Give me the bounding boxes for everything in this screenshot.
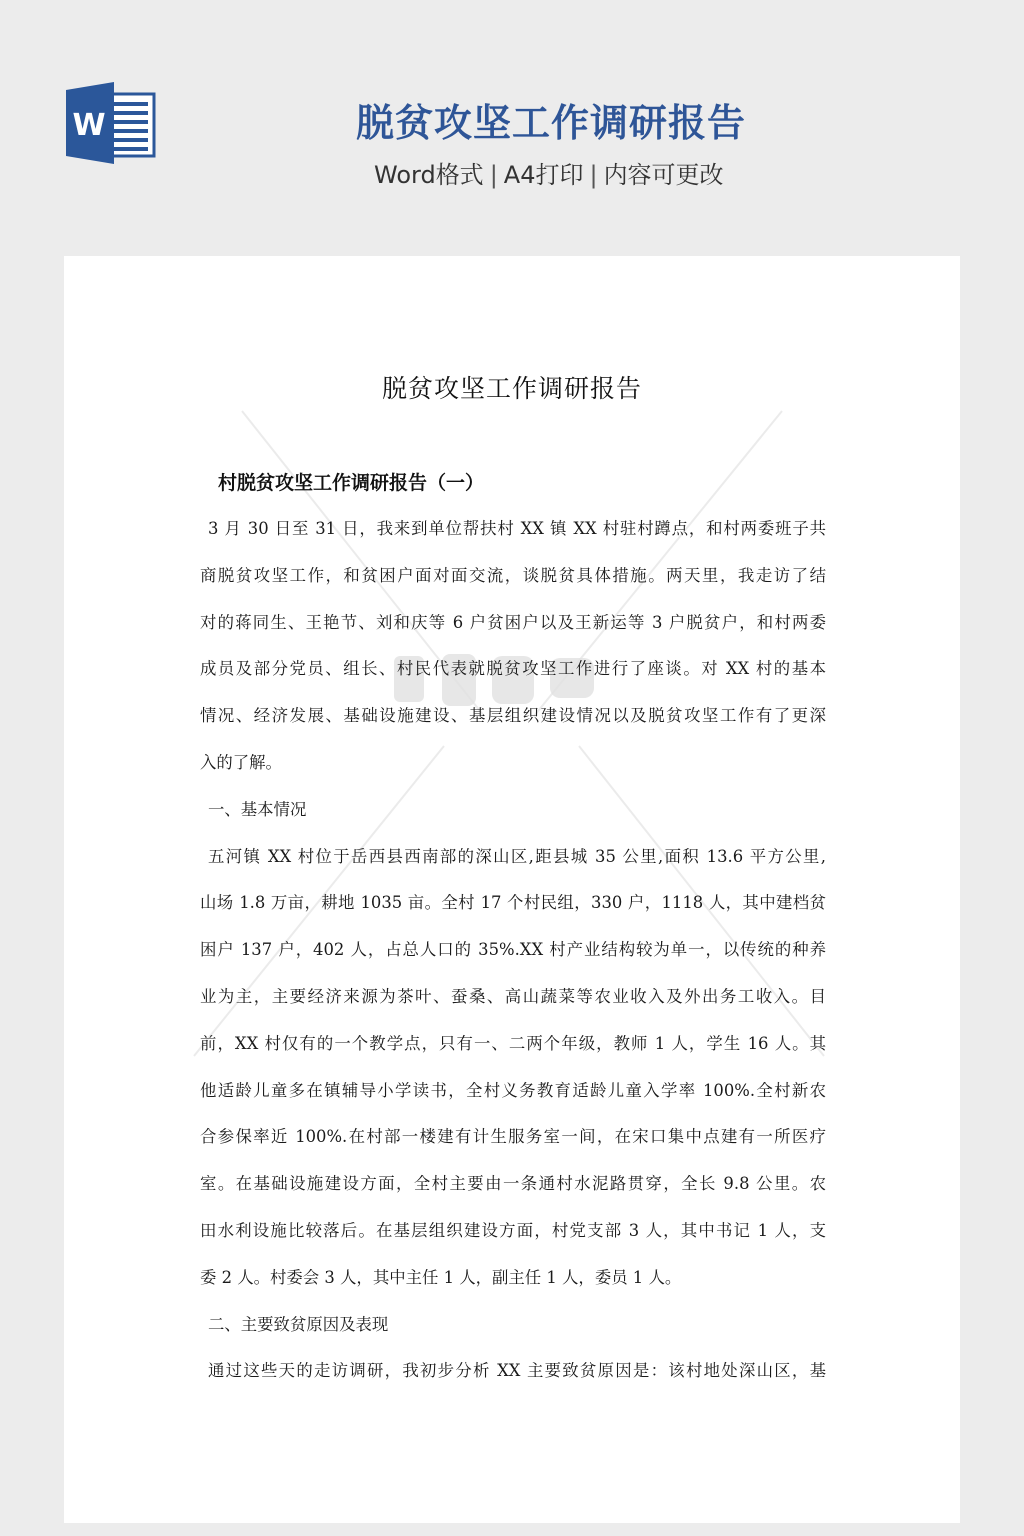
text-line: 室。在基础设施建设方面，全村主要由一条通村水泥路贯穿，全长 9.8 公里。农 (200, 1169, 826, 1216)
editable-label: 内容可更改 (604, 161, 724, 189)
text-line: 前，XX 村仅有的一个教学点，只有一、二两个年级，教师 1 人，学生 16 人。… (200, 1029, 826, 1076)
text-line: 通过这些天的走访调研，我初步分析 XX 主要致贫原因是：该村地处深山区，基 (200, 1356, 826, 1403)
text-line: 困户 137 户，402 人，占总人口的 35%.XX 村产业结构较为单一，以传… (200, 935, 826, 982)
document-page: 脱贫攻坚工作调研报告 村脱贫攻坚工作调研报告（一） 3 月 30 日至 31 日… (64, 256, 960, 1523)
section-heading: 村脱贫攻坚工作调研报告（一） (218, 468, 484, 495)
text-line: 二、主要致贫原因及表现 (200, 1310, 826, 1357)
text-line: 田水利设施比较落后。在基层组织建设方面，村党支部 3 人，其中书记 1 人，支 (200, 1216, 826, 1263)
microsoft-word-icon: W (64, 82, 156, 164)
text-line: 成员及部分党员、组长、村民代表就脱贫攻坚工作进行了座谈。对 XX 村的基本 (200, 654, 826, 701)
text-line: 合参保率近 100%.在村部一楼建有计生服务室一间，在宋口集中点建有一所医疗 (200, 1122, 826, 1169)
banner-header: W 脱贫攻坚工作调研报告 Word格式|A4打印|内容可更改 (0, 0, 1024, 256)
banner-title: 脱贫攻坚工作调研报告 (356, 92, 776, 147)
document-title: 脱贫攻坚工作调研报告 (64, 369, 960, 405)
text-line: 一、基本情况 (200, 795, 826, 842)
text-line: 业为主，主要经济来源为茶叶、蚕桑、高山蔬菜等农业收入及外出务工收入。目 (200, 982, 826, 1029)
text-line: 情况、经济发展、基础设施建设、基层组织建设情况以及脱贫攻坚工作有了更深 (200, 701, 826, 748)
text-line: 他适龄儿童多在镇辅导小学读书，全村义务教育适龄儿童入学率 100%.全村新农 (200, 1076, 826, 1123)
document-body: 3 月 30 日至 31 日，我来到单位帮扶村 XX 镇 XX 村驻村蹲点，和村… (200, 514, 826, 1403)
banner-subtitle: Word格式|A4打印|内容可更改 (374, 155, 724, 190)
text-line: 3 月 30 日至 31 日，我来到单位帮扶村 XX 镇 XX 村驻村蹲点，和村… (200, 514, 826, 561)
format-label: Word格式 (374, 161, 484, 189)
text-line: 商脱贫攻坚工作，和贫困户面对面交流，谈脱贫具体措施。两天里，我走访了结 (200, 561, 826, 608)
separator: | (589, 161, 597, 189)
separator: | (490, 161, 498, 189)
text-line: 五河镇 XX 村位于岳西县西南部的深山区,距县城 35 公里,面积 13.6 平… (200, 842, 826, 889)
text-line: 对的蒋同生、王艳节、刘和庆等 6 户贫困户以及王新运等 3 户脱贫户，和村两委 (200, 608, 826, 655)
svg-text:W: W (72, 108, 105, 143)
text-line: 委 2 人。村委会 3 人，其中主任 1 人，副主任 1 人，委员 1 人。 (200, 1263, 826, 1310)
text-line: 山场 1.8 万亩，耕地 1035 亩。全村 17 个村民组，330 户，111… (200, 888, 826, 935)
print-label: A4打印 (504, 161, 584, 189)
text-line: 入的了解。 (200, 748, 826, 795)
